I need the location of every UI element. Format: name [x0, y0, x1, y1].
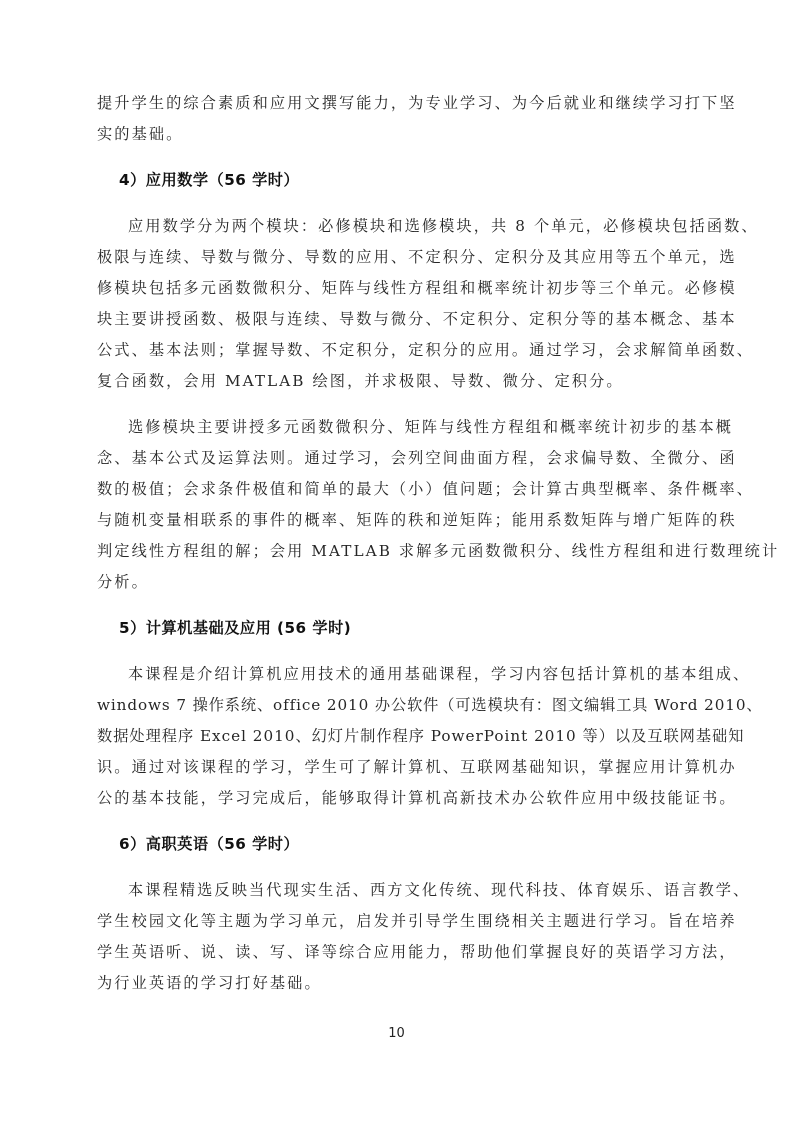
- text-line: 选修模块主要讲授多元函数微积分、矩阵与线性方程组和概率统计初步的基本概: [97, 412, 709, 443]
- text-line: 本课程精选反映当代现实生活、西方文化传统、现代科技、体育娱乐、语言教学、: [97, 875, 709, 906]
- text-line: 数据处理程序 Excel 2010、幻灯片制作程序 PowerPoint 201…: [97, 721, 709, 752]
- paragraph: 选修模块主要讲授多元函数微积分、矩阵与线性方程组和概率统计初步的基本概 念、基本…: [97, 412, 709, 598]
- text-line: 极限与连续、导数与微分、导数的应用、不定积分、定积分及其应用等五个单元，选: [97, 242, 709, 273]
- text-line: 公的基本技能，学习完成后，能够取得计算机高新技术办公软件应用中级技能证书。: [97, 783, 709, 814]
- section-heading: 6）高职英语（56 学时）: [97, 829, 709, 860]
- text-line: 修模块包括多元函数微积分、矩阵与线性方程组和概率统计初步等三个单元。必修模: [97, 273, 709, 304]
- text-line: 与随机变量相联系的事件的概率、矩阵的秩和逆矩阵；能用系数矩阵与增广矩阵的秩: [97, 505, 709, 536]
- intro-paragraph: 提升学生的综合素质和应用文撰写能力，为专业学习、为今后就业和继续学习打下坚 实的…: [97, 88, 709, 150]
- section-computer-basics: 5）计算机基础及应用 (56 学时) 本课程是介绍计算机应用技术的通用基础课程，…: [97, 613, 709, 814]
- text-line: 为行业英语的学习打好基础。: [97, 968, 709, 999]
- paragraph: 本课程是介绍计算机应用技术的通用基础课程，学习内容包括计算机的基本组成、 win…: [97, 659, 709, 814]
- text-line: 念、基本公式及运算法则。通过学习，会列空间曲面方程，会求偏导数、全微分、函: [97, 443, 709, 474]
- text-line: 分析。: [97, 567, 709, 598]
- text-line: 块主要讲授函数、极限与连续、导数与微分、不定积分、定积分等的基本概念、基本: [97, 304, 709, 335]
- text-line: 本课程是介绍计算机应用技术的通用基础课程，学习内容包括计算机的基本组成、: [97, 659, 709, 690]
- text-line: 数的极值；会求条件极值和简单的最大（小）值问题；会计算古典型概率、条件概率、: [97, 474, 709, 505]
- document-page: 提升学生的综合素质和应用文撰写能力，为专业学习、为今后就业和继续学习打下坚 实的…: [0, 0, 793, 1122]
- section-applied-math: 4）应用数学（56 学时） 应用数学分为两个模块：必修模块和选修模块，共 8 个…: [97, 165, 709, 598]
- text-line: 识。通过对该课程的学习，学生可了解计算机、互联网基础知识，掌握应用计算机办: [97, 752, 709, 783]
- text-line: windows 7 操作系统、office 2010 办公软件（可选模块有：图文…: [97, 690, 709, 721]
- text-line: 应用数学分为两个模块：必修模块和选修模块，共 8 个单元，必修模块包括函数、: [97, 211, 709, 242]
- text-line: 复合函数，会用 MATLAB 绘图，并求极限、导数、微分、定积分。: [97, 366, 709, 397]
- section-heading: 5）计算机基础及应用 (56 学时): [97, 613, 709, 644]
- text-line: 实的基础。: [97, 119, 709, 150]
- paragraph: 应用数学分为两个模块：必修模块和选修模块，共 8 个单元，必修模块包括函数、 极…: [97, 211, 709, 397]
- text-line: 学生英语听、说、读、写、译等综合应用能力，帮助他们掌握良好的英语学习方法，: [97, 937, 709, 968]
- paragraph: 本课程精选反映当代现实生活、西方文化传统、现代科技、体育娱乐、语言教学、 学生校…: [97, 875, 709, 999]
- page-number: 10: [0, 1026, 793, 1041]
- text-line: 学生校园文化等主题为学习单元，启发并引导学生围绕相关主题进行学习。旨在培养: [97, 906, 709, 937]
- text-line: 判定线性方程组的解；会用 MATLAB 求解多元函数微积分、线性方程组和进行数理…: [97, 536, 709, 567]
- text-line: 公式、基本法则；掌握导数、不定积分，定积分的应用。通过学习，会求解简单函数、: [97, 335, 709, 366]
- page-content: 提升学生的综合素质和应用文撰写能力，为专业学习、为今后就业和继续学习打下坚 实的…: [97, 88, 709, 999]
- text-line: 提升学生的综合素质和应用文撰写能力，为专业学习、为今后就业和继续学习打下坚: [97, 88, 709, 119]
- section-english: 6）高职英语（56 学时） 本课程精选反映当代现实生活、西方文化传统、现代科技、…: [97, 829, 709, 999]
- section-heading: 4）应用数学（56 学时）: [97, 165, 709, 196]
